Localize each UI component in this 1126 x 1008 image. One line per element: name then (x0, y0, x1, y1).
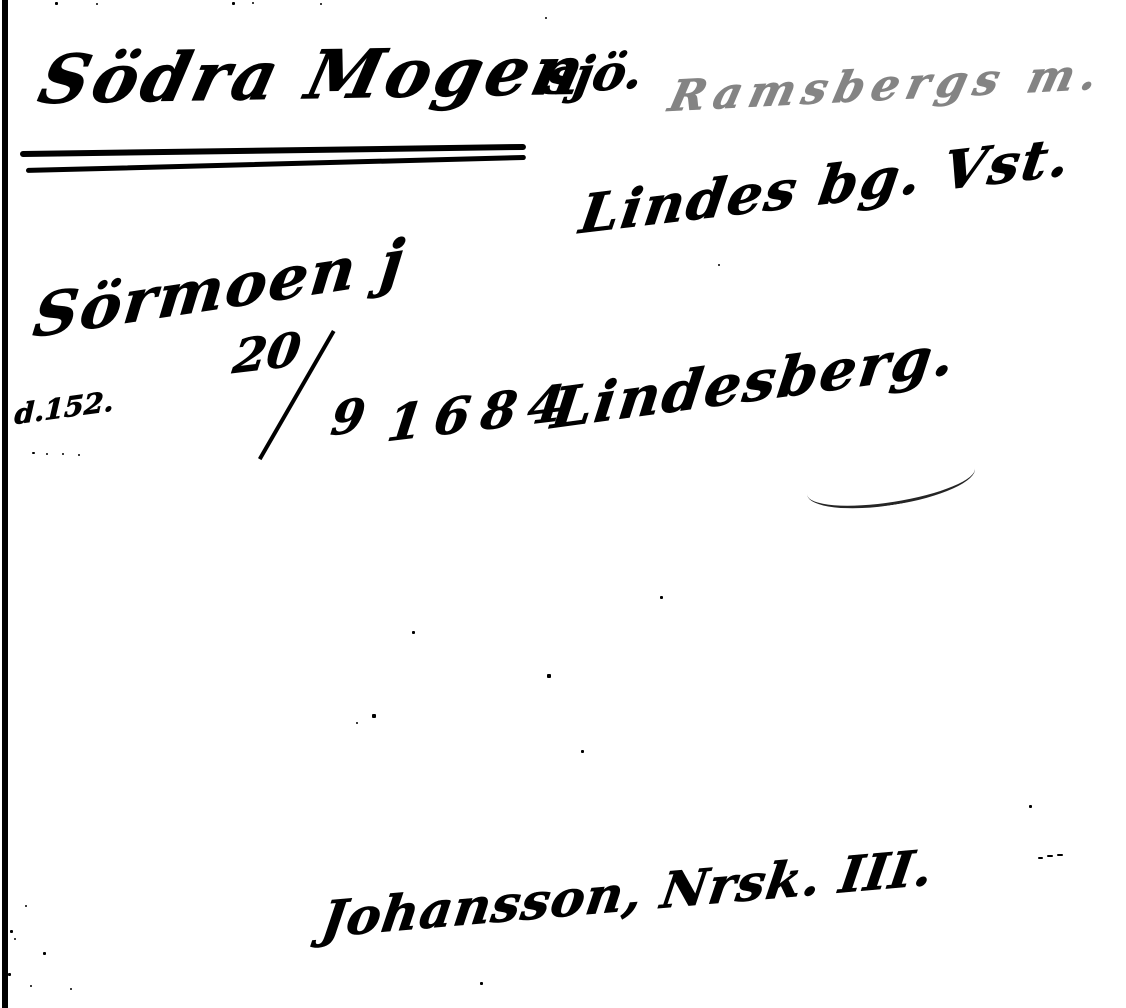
scan-speck (78, 454, 80, 456)
scan-speck (32, 452, 35, 454)
scan-speck (320, 3, 322, 5)
scan-dash (1038, 857, 1043, 859)
variant-name-label: Sörmoen j (30, 226, 409, 352)
scan-speck (55, 2, 58, 5)
scan-speck (8, 973, 11, 976)
scan-speck (232, 2, 235, 5)
parish-faded-label: Ramsbergs m. (664, 50, 1110, 122)
scan-speck (660, 596, 663, 599)
scan-speck (10, 930, 13, 933)
scan-speck (581, 750, 584, 753)
scan-speck (25, 905, 27, 907)
scan-speck (70, 988, 72, 990)
scan-speck (372, 714, 376, 718)
attribution-label: Johansson, Nrsk. III. (318, 838, 937, 949)
scan-speck (62, 453, 64, 455)
scan-speck (356, 722, 358, 724)
page-ref-label: d.152. (14, 385, 114, 431)
left-margin-rule (2, 0, 8, 1008)
date-day-label: 20 (230, 322, 304, 385)
date-month-label: 9 (328, 388, 368, 447)
headword-underline-secondary (26, 155, 526, 173)
headword-title: Södra Mogen (32, 31, 596, 119)
scan-speck (1029, 805, 1032, 808)
scan-speck (43, 952, 46, 955)
scan-speck (412, 631, 415, 634)
feature-type-label: sjö. (542, 42, 648, 106)
source-place-label: Lindesberg. (548, 322, 960, 442)
scan-speck (547, 674, 551, 678)
headword-underline-primary (20, 144, 526, 157)
scanned-document-page: { "page": { "paper_color": "#ffffff", "i… (0, 0, 1126, 1008)
scan-dash (1057, 854, 1063, 856)
scan-speck (480, 982, 483, 985)
scan-speck (46, 453, 48, 455)
scan-speck (96, 3, 98, 5)
scan-speck (545, 17, 547, 19)
scan-speck (718, 264, 720, 266)
scan-speck (14, 938, 16, 940)
district-label: Lindes bg. Vst. (576, 124, 1075, 246)
scan-speck (30, 985, 32, 987)
scan-speck (252, 2, 254, 4)
scan-dash (1047, 855, 1053, 857)
descender-flourish-stroke (803, 445, 978, 518)
